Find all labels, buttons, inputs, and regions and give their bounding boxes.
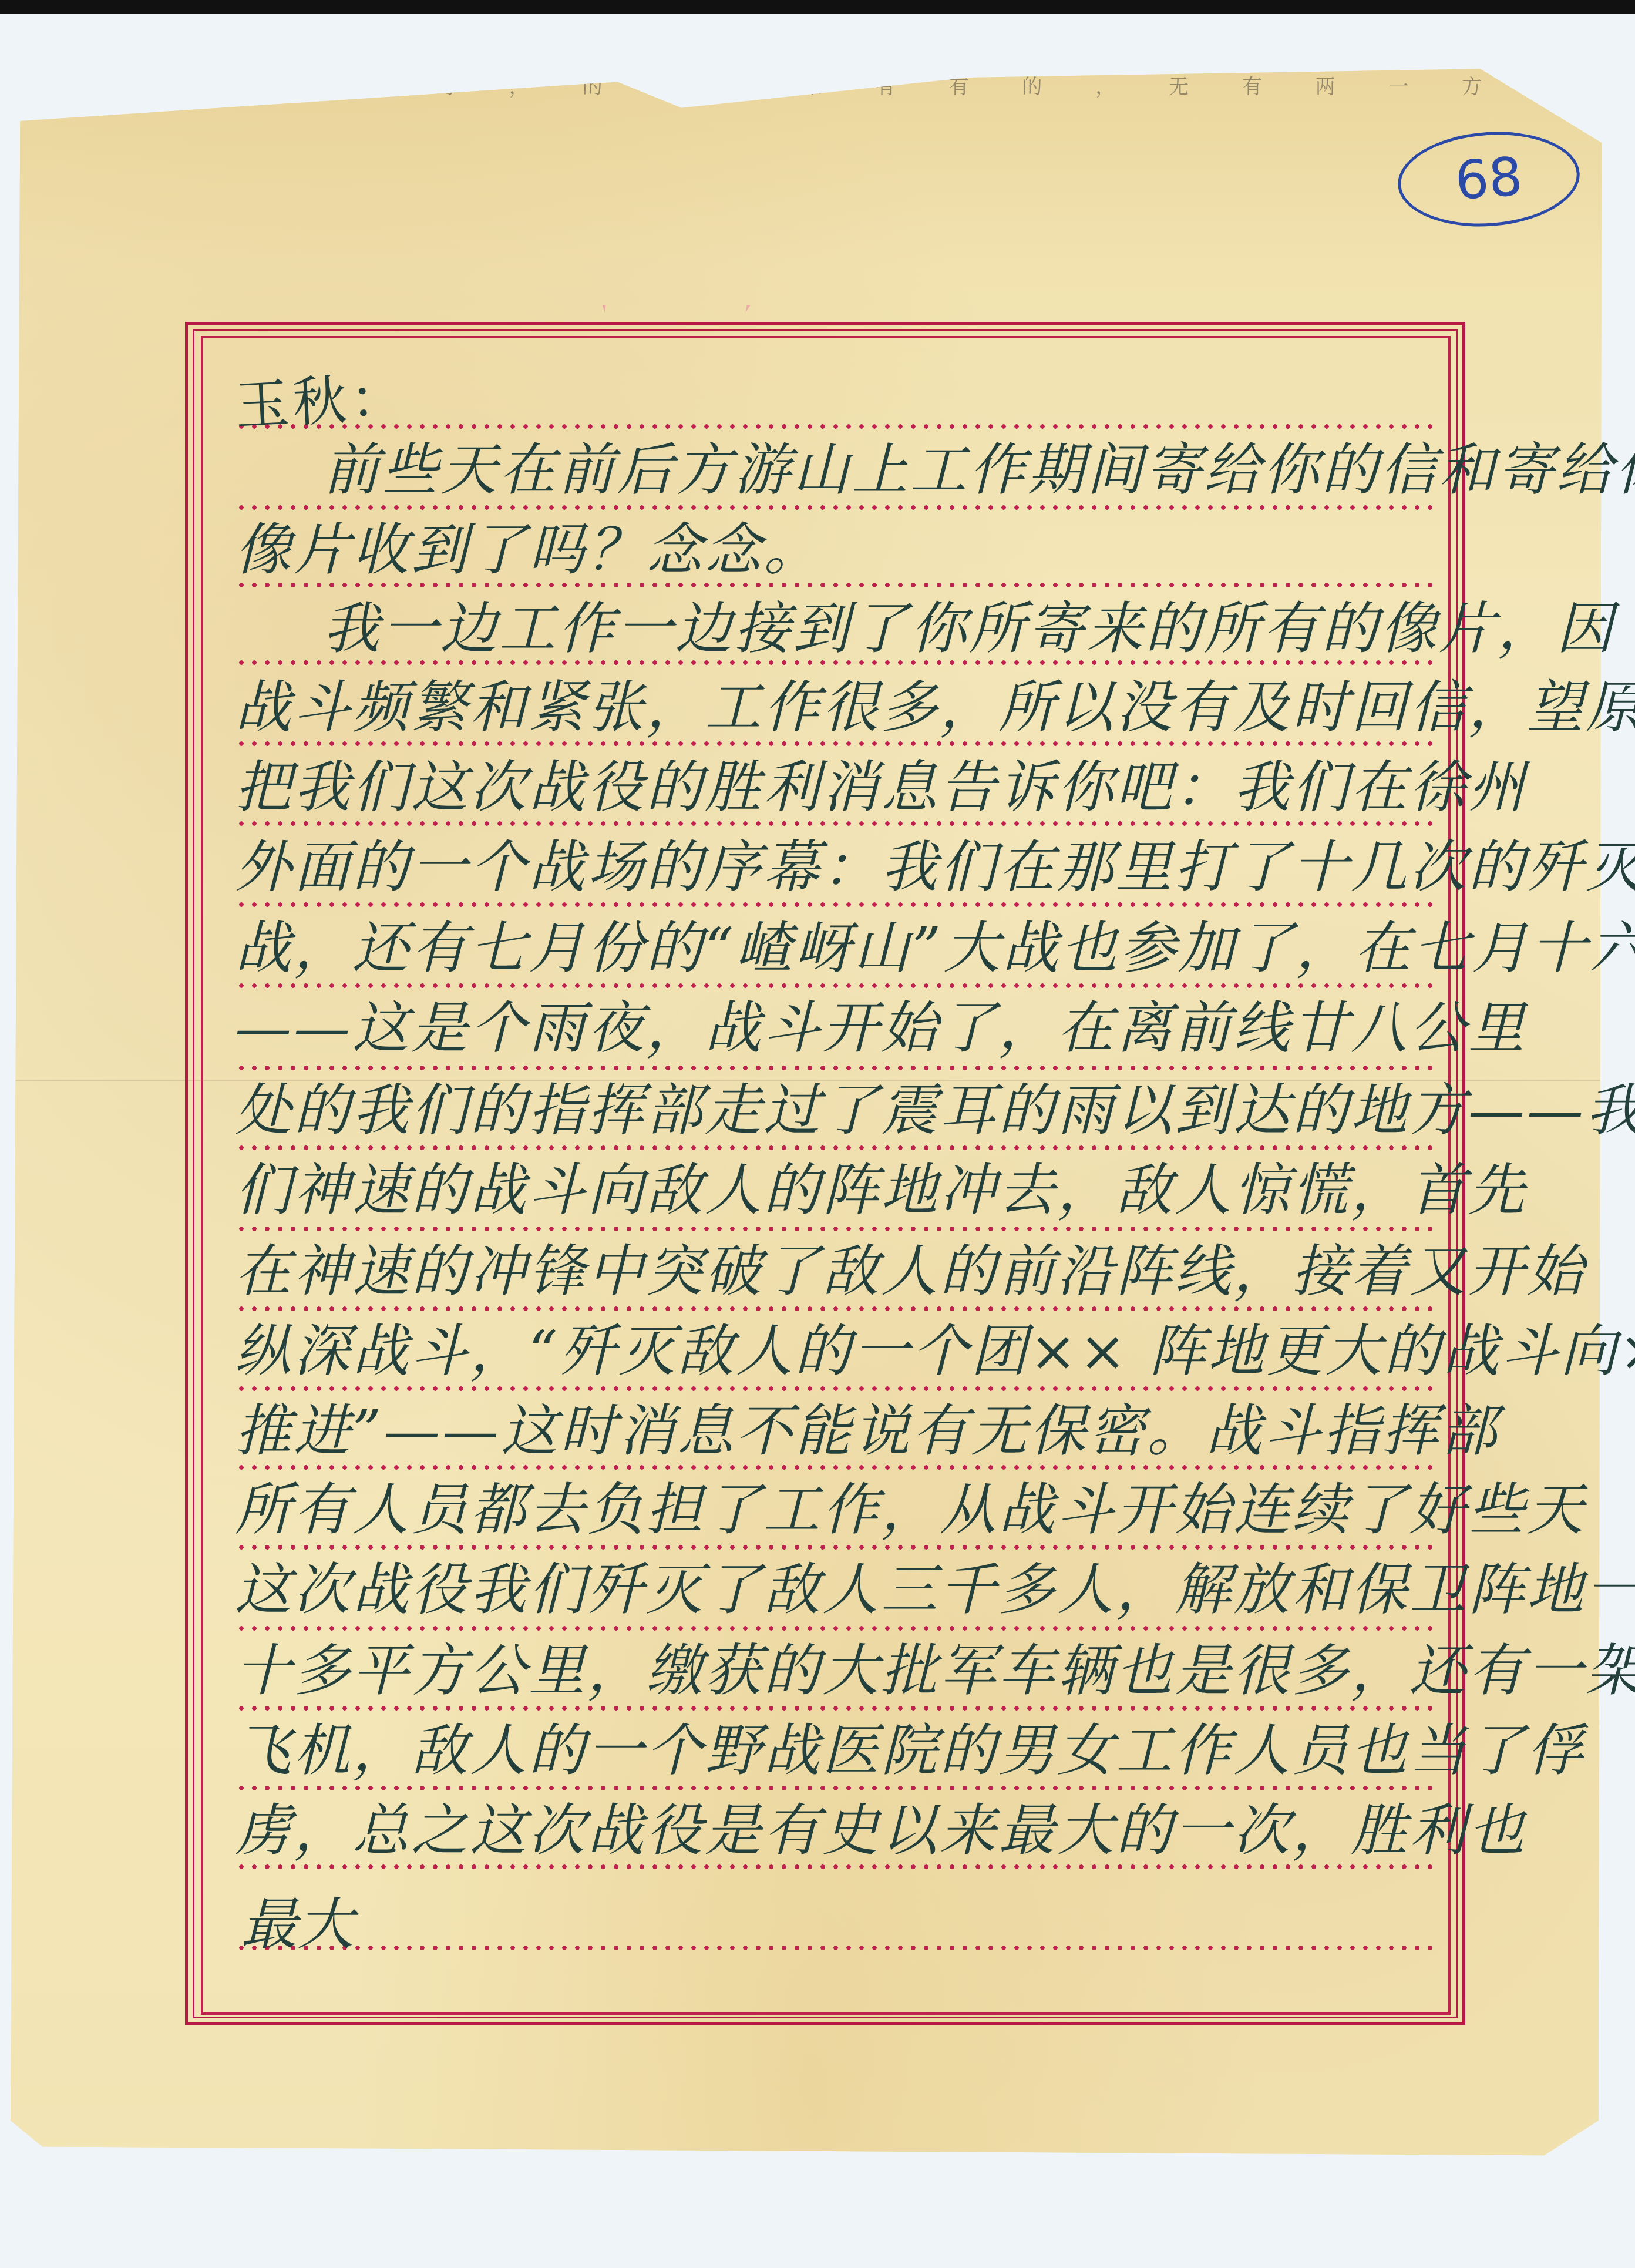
letter-line: 像片收到了吗？念念。 xyxy=(235,509,1445,591)
letter-line: 虏，总之这次战役是有史以来最大的一次，胜利也 xyxy=(235,1789,1445,1871)
letter-line: 我一边工作一边接到了你所寄来的所有的像片，因 xyxy=(235,587,1533,670)
letter-line: 这次战役我们歼灭了敌人三千多人，解放和保卫阵地一百七 xyxy=(235,1548,1445,1631)
salutation: 玉秋： xyxy=(233,354,410,440)
letter-line: 十多平方公里，缴获的大批军车辆也是很多，还有一架 xyxy=(235,1629,1445,1712)
letter-line: 所有人员都去负担了工作，从战斗开始连续了好些天 xyxy=(235,1469,1445,1551)
scan-top-strip xyxy=(0,0,1635,14)
letter-line: 纵深战斗，“歼灭敌人的一个团×× 阵地更大的战斗向×× xyxy=(235,1310,1445,1392)
letter-line: 战斗频繁和紧张，工作很多，所以没有及时回信，望原谅。 xyxy=(235,666,1445,748)
letter-line: 推进”——这时消息不能说有无保密。战斗指挥部 xyxy=(235,1390,1445,1472)
letter-line: 战，还有七月份的“嵖岈山”大战也参加了，在七月十六晚上时 xyxy=(235,907,1445,989)
letter-line: 在神速的冲锋中突破了敌人的前沿阵线，接着又开始 xyxy=(235,1230,1445,1312)
letter-line: 们神速的战斗向敌人的阵地冲去，敌人惊慌，首先 xyxy=(235,1149,1445,1231)
letter-closing: 最大 xyxy=(241,1880,354,1960)
letter-line: 把我们这次战役的胜利消息告诉你吧：我们在徐州 xyxy=(235,746,1445,828)
letter-line: 外面的一个战场的序幕：我们在那里打了十几次的歼灭 xyxy=(235,826,1445,908)
letter-line: 处的我们的指挥部走过了震耳的雨以到达的地方——我 xyxy=(235,1069,1445,1151)
letter-line: 飞机，敌人的一个野战医院的男女工作人员也当了俘 xyxy=(235,1709,1445,1792)
letter-line: 前些天在前后方游山上工作期间寄给你的信和寄给你的 xyxy=(235,429,1533,511)
ruling-line xyxy=(235,424,1433,429)
ruling-line xyxy=(235,1946,1433,1950)
bleed-through-text: 的 分 一 此 手 时 ， 的 是 全 来 有 有 的 ， 无 有 两 一 方 … xyxy=(69,70,1596,106)
letter-line: ——这是个雨夜，战斗开始了，在离前线廿八公里 xyxy=(235,987,1445,1069)
